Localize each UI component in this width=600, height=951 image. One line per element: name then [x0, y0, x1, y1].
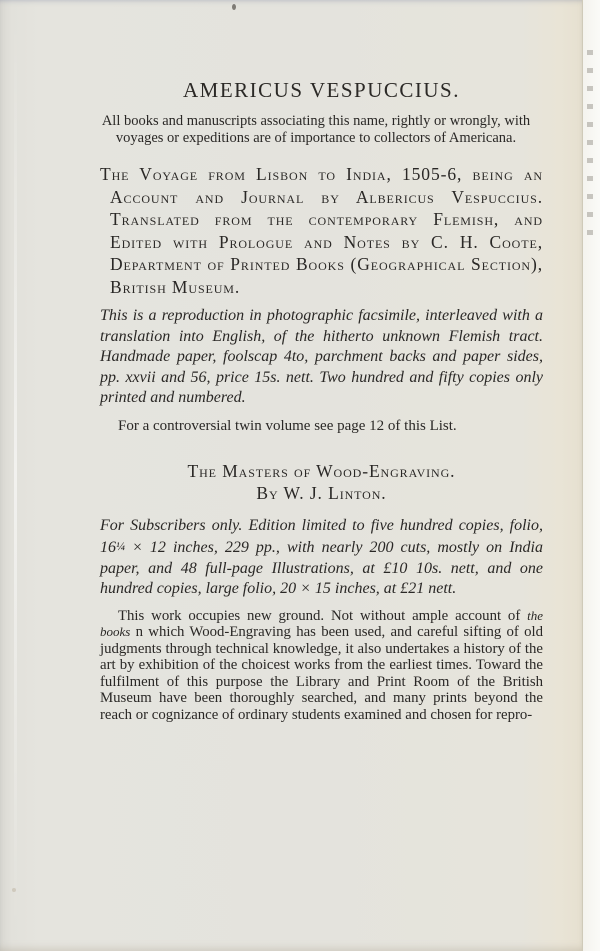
subscription-details: For Subscribers only. Edition limited to… — [100, 516, 543, 600]
description-paragraph: This work occupies new ground. Not witho… — [100, 608, 543, 724]
subscription-text-2: × 12 inches, 229 pp., with nearly 200 cu… — [100, 539, 543, 597]
book-page: AMERICUS VESPUCCIUS. All books and manus… — [0, 0, 582, 951]
fraction-quarter: ¼ — [116, 539, 125, 553]
title-line-2-author: By W. J. Linton. — [100, 482, 543, 504]
page-content: AMERICUS VESPUCCIUS. All books and manus… — [100, 70, 543, 723]
body-text-1: This work occupies new ground. Not witho… — [118, 608, 527, 624]
entry-description-voyage: This is a reproduction in photographic f… — [100, 306, 543, 409]
section-intro: All books and manuscripts associating th… — [88, 113, 544, 147]
section-title-wood-engraving: The Masters of Wood-Engraving. By W. J. … — [100, 460, 543, 504]
adjacent-page-edge — [582, 0, 600, 951]
adjacent-page-text-bleed — [587, 50, 593, 240]
paper-spot — [12, 888, 16, 892]
section-title-americus: AMERICUS VESPUCCIUS. — [100, 78, 543, 103]
title-line-1: The Masters of Wood-Engraving. — [100, 460, 543, 482]
cross-reference-note: For a controversial twin volume see page… — [100, 417, 543, 436]
body-text-2: n which Wood-Engraving has been used, an… — [100, 624, 543, 723]
entry-heading-voyage: The Voyage from Lisbon to India, 1505-6,… — [100, 163, 543, 298]
paper-spot — [232, 4, 236, 10]
